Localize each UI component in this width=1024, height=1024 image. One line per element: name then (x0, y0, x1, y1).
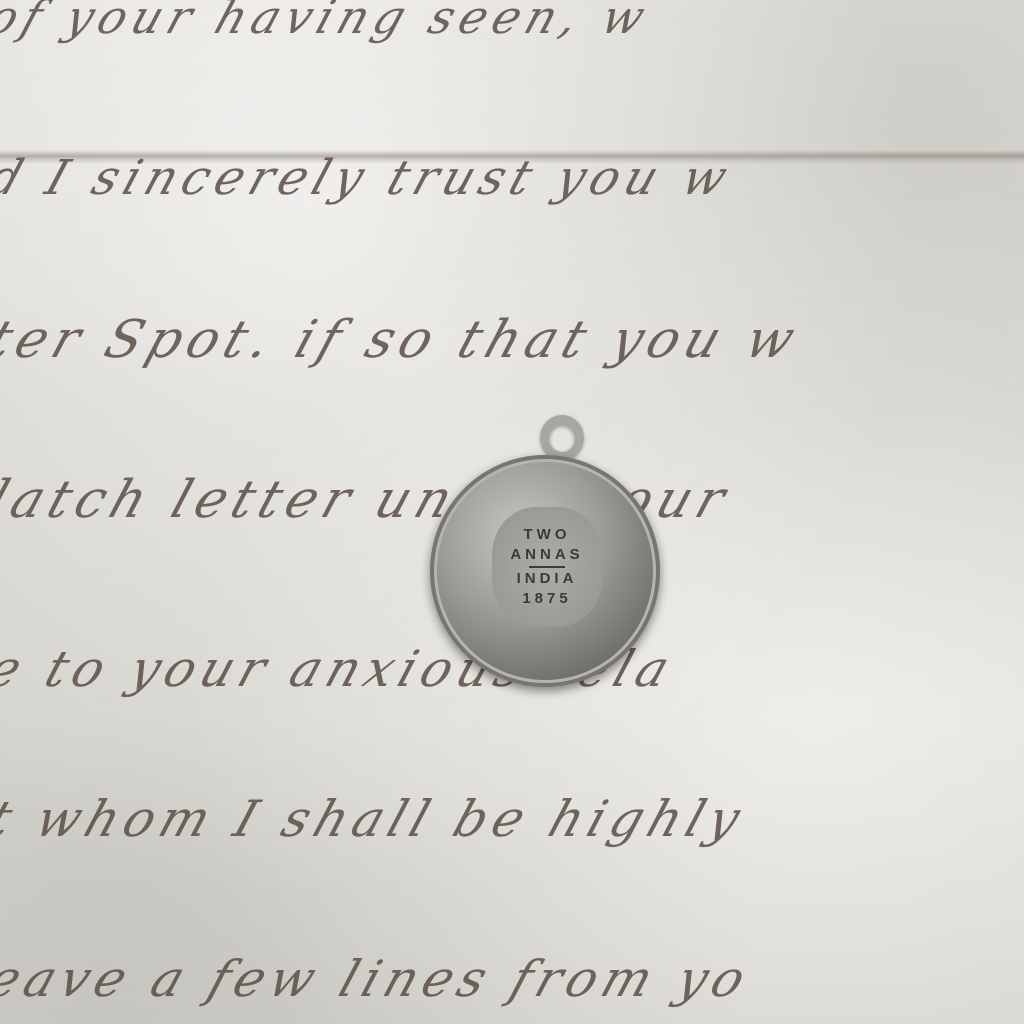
coin-text-annas: ANNAS (510, 545, 583, 565)
handwriting-line: d I sincerely trust you w (0, 150, 740, 206)
handwriting-line: t whom I shall be highly (0, 790, 753, 848)
handwriting-line: of your having seen, w (0, 0, 658, 44)
coin-divider (529, 566, 565, 568)
coin-text-two: TWO (524, 525, 571, 545)
coin-inscription: TWO ANNAS INDIA 1875 (492, 507, 602, 627)
coin: TWO ANNAS INDIA 1875 (430, 455, 660, 687)
coin-text-year: 1875 (522, 589, 571, 609)
handwriting-line: ter Spot. if so that you w (0, 310, 808, 370)
coin-text-india: INDIA (517, 569, 578, 589)
handwriting-line: eave a few lines from yo (0, 950, 759, 1008)
coin-pendant: TWO ANNAS INDIA 1875 (430, 415, 662, 690)
